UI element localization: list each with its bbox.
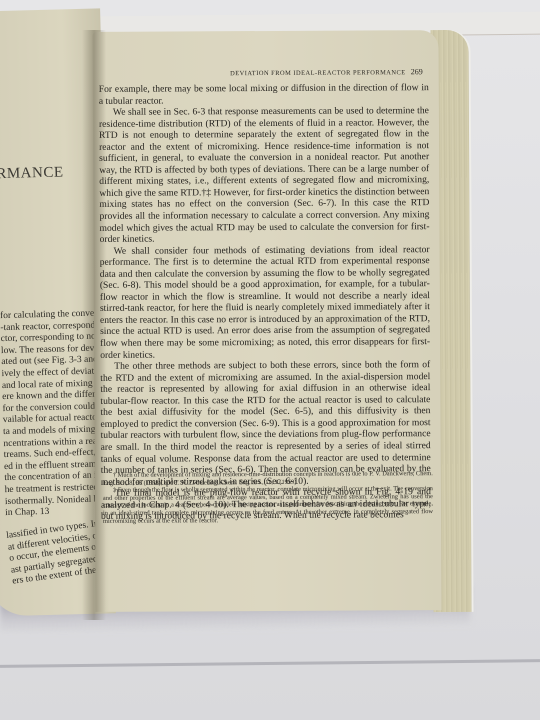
footnotes: † Much of the development of mixing and … (103, 470, 433, 525)
running-head-title: DEVIATION FROM IDEAL-REACTOR PERFORMANCE (230, 69, 406, 77)
paragraph: The other three methods are subject to b… (100, 359, 431, 488)
book-gutter (82, 30, 106, 620)
footnote: † Much of the development of mixing and … (103, 470, 433, 487)
paragraph: For example, there may be some local mix… (99, 82, 429, 107)
left-page-heading: RMANCE (0, 164, 64, 183)
paragraph: We shall see in Sec. 6-3 that response m… (99, 105, 430, 245)
running-head: DEVIATION FROM IDEAL-REACTOR PERFORMANCE… (193, 67, 423, 77)
right-page-content: DEVIATION FROM IDEAL-REACTOR PERFORMANCE… (92, 30, 441, 612)
footnote: ‡ Even though the flow is wholly segrega… (103, 485, 433, 525)
body-text: For example, there may be some local mix… (99, 82, 431, 523)
paragraph: We shall consider four methods of estima… (100, 244, 431, 361)
right-page: DEVIATION FROM IDEAL-REACTOR PERFORMANCE… (92, 30, 441, 612)
page-number: 269 (411, 67, 423, 76)
